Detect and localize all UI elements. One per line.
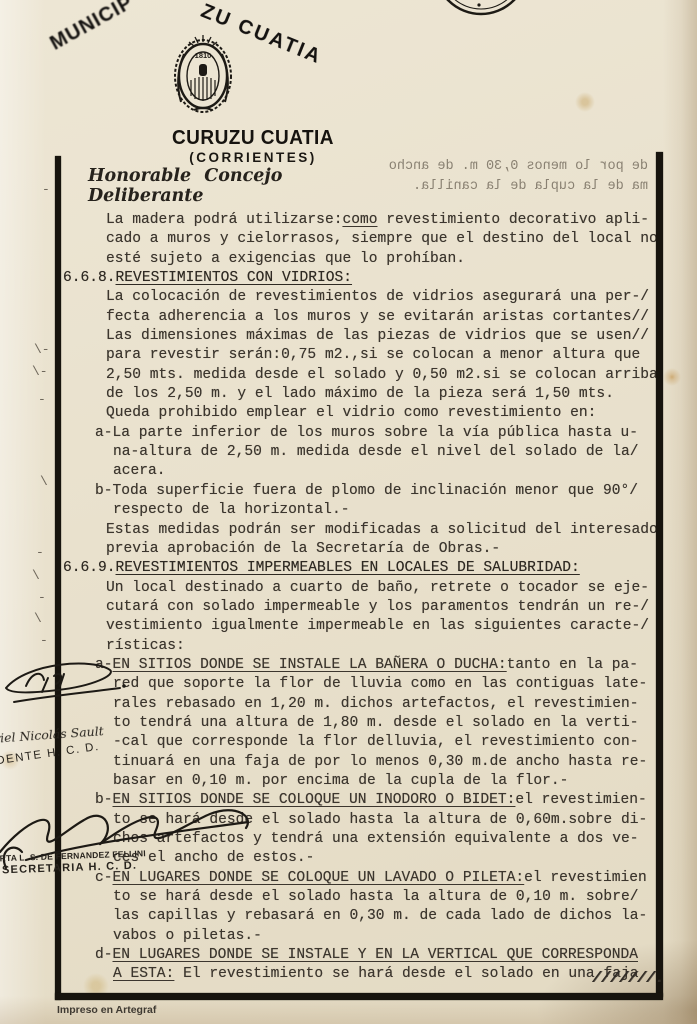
- margin-mark: \: [34, 611, 42, 626]
- body-line: acera.: [62, 462, 666, 481]
- city-title: CURUZU CUATIA: [134, 127, 372, 150]
- body-line: Queda prohibido emplear el vidrio como r…: [62, 404, 666, 423]
- body-line: Un local destinado a cuarto de baño, ret…: [62, 579, 666, 598]
- body-line: de los 2,50 m. y el lado máximo de la pi…: [62, 385, 666, 404]
- margin-mark: \-: [34, 342, 50, 357]
- frame-right-border: [656, 152, 663, 997]
- body-line: A ESTA: El revestimiento se hará desde e…: [62, 965, 666, 984]
- margin-mark: \: [32, 568, 40, 583]
- body-line: previa aprobación de la Secretaría de Ob…: [62, 540, 666, 559]
- body-line: tinuará en una faja de por lo menos 0,30…: [62, 753, 666, 772]
- body-line: 2,50 mts. medida desde el solado y 0,50 …: [62, 366, 666, 385]
- body-line: -cal que corresponde la flor delluvia, e…: [62, 733, 666, 752]
- body-line: las capillas y rebasará en 0,30 m. de ca…: [62, 907, 666, 926]
- body-line: to se hará desde el solado hasta la altu…: [62, 888, 666, 907]
- body-line: Estas medidas podrán ser modificadas a s…: [62, 521, 666, 540]
- margin-mark: -: [42, 182, 50, 197]
- municipal-stamp-arc-left: MUNICIP: [46, 0, 137, 56]
- body-line: basar en 0,10 m. por encima de la cupla …: [62, 772, 666, 791]
- margin-mark: \-: [32, 364, 48, 379]
- body-line: fecta adherencia a los muros y se evitar…: [62, 308, 666, 327]
- body-line: red que soporte la flor de lluvia como e…: [62, 675, 666, 694]
- margin-mark: -: [36, 545, 44, 560]
- body-line: La colocación de revestimientos de vidri…: [62, 288, 666, 307]
- body-line: 6.6.8.REVESTIMIENTOS CON VIDRIOS:: [62, 269, 666, 288]
- body-line: a-La parte inferior de los muros sobre l…: [62, 424, 666, 443]
- body-line: to tendrá una altura de 1,80 m. desde el…: [62, 714, 666, 733]
- body-line: Las dimensiones máximas de las piezas de…: [62, 327, 666, 346]
- partial-round-stamp-icon: [425, 0, 537, 22]
- body-line: rales rebasado en 1,20 m. dichos artefac…: [62, 695, 666, 714]
- margin-mark: -: [40, 633, 48, 648]
- margin-mark: -: [38, 392, 46, 407]
- body-line: vabos o piletas.-: [62, 927, 666, 946]
- frame-bottom-border: [55, 993, 663, 1000]
- body-line: La madera podrá utilizarse:como revestim…: [62, 211, 666, 230]
- margin-mark: -: [38, 590, 46, 605]
- body-line: d-EN LUGARES DONDE SE INSTALE Y EN LA VE…: [62, 946, 666, 965]
- body-line: a-EN SITIOS DONDE SE INSTALE LA BAÑERA O…: [62, 656, 666, 675]
- body-line: respecto de la horizontal.-: [62, 501, 666, 520]
- body-line: vestimiento igualmente impermeable en la…: [62, 617, 666, 636]
- body-line: cutará con solado impermeable y los para…: [62, 598, 666, 617]
- body-line: para revestir serán:0,75 m2.,si se coloc…: [62, 346, 666, 365]
- body-line: cado a muros y cielorrasos, siempre que …: [62, 230, 666, 249]
- body-line: rísticas:: [62, 637, 666, 656]
- scanned-document-page: MUNICIP ZU CUATIA 1810 CURUZU CUATIA (CO…: [0, 0, 697, 1024]
- coat-of-arms-icon: 1810: [172, 34, 234, 114]
- body-line: esté sujeto a exigencias que lo prohíban…: [62, 250, 666, 269]
- council-script-title: Honorable Concejo Deliberante: [88, 166, 408, 206]
- printer-footnote: Impreso en Artegraf: [57, 1004, 156, 1016]
- body-line: 6.6.9.REVESTIMIENTOS IMPERMEABLES EN LOC…: [62, 559, 666, 578]
- margin-mark: \: [40, 474, 48, 489]
- emblem-year-label: 1810: [195, 51, 212, 60]
- body-line: na-altura de 2,50 m. medida desde el niv…: [62, 443, 666, 462]
- president-signature: [0, 648, 130, 716]
- body-line: b-Toda superficie fuera de plomo de incl…: [62, 482, 666, 501]
- strikeout-marks: ///////.: [592, 970, 662, 987]
